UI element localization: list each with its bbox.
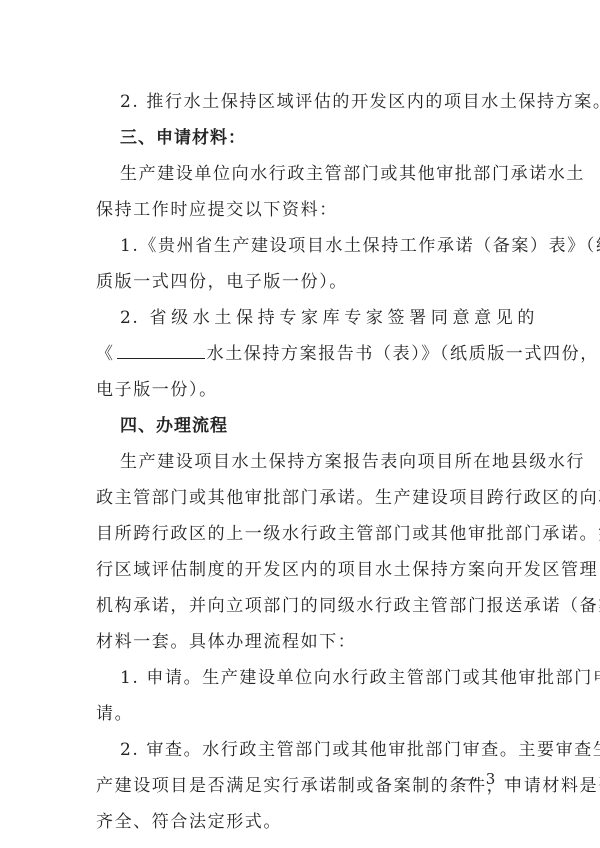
paragraph-line: 电子版一份）。 bbox=[96, 380, 536, 400]
process-step-1: 1. 申请。生产建设单位向水行政主管部门或其他审批部门申 bbox=[120, 668, 536, 688]
report-title-text: 水土保持方案报告书（表）》（纸质版一式四份， bbox=[207, 344, 599, 364]
paragraph-line: 材料一套。具体办理流程如下： bbox=[96, 632, 536, 652]
page-number: — 3 — bbox=[462, 770, 521, 788]
paragraph-line: 政主管部门或其他审批部门承诺。生产建设项目跨行政区的向项 bbox=[96, 488, 536, 508]
document-page: 2. 推行水土保持区域评估的开发区内的项目水土保持方案。 三、申请材料： 生产建… bbox=[0, 0, 600, 848]
process-step-2: 2. 审查。水行政主管部门或其他审批部门审查。主要审查生 bbox=[120, 740, 536, 760]
list-item-2-expert: 2. 省级水土保持专家库专家签署同意意见的 bbox=[120, 308, 536, 328]
paragraph-line: 目所跨行政区的上一级水行政主管部门或其他审批部门承诺。实 bbox=[96, 524, 536, 544]
paragraph-line: 生产建设单位向水行政主管部门或其他审批部门承诺水土 bbox=[120, 164, 536, 184]
paragraph-line: 质版一式四份，电子版一份）。 bbox=[96, 272, 536, 292]
paragraph-line: 行区域评估制度的开发区内的项目水土保持方案向开发区管理 bbox=[96, 560, 536, 580]
open-bracket: 《 bbox=[96, 344, 115, 364]
paragraph-line: 保持工作时应提交以下资料： bbox=[96, 200, 536, 220]
paragraph-line: 机构承诺，并向立项部门的同级水行政主管部门报送承诺（备案） bbox=[96, 596, 536, 616]
section-heading-process: 四、办理流程 bbox=[120, 416, 536, 436]
fill-in-blank bbox=[117, 344, 205, 359]
list-item-1-form: 1.《贵州省生产建设项目水土保持工作承诺（备案）表》（纸 bbox=[120, 236, 536, 256]
paragraph-line: 请。 bbox=[96, 704, 536, 724]
paragraph-line: 齐全、符合法定形式。 bbox=[96, 812, 536, 832]
section-heading-materials: 三、申请材料： bbox=[120, 128, 536, 148]
paragraph-line: 生产建设项目水土保持方案报告表向项目所在地县级水行 bbox=[120, 452, 536, 472]
list-item-2-regional: 2. 推行水土保持区域评估的开发区内的项目水土保持方案。 bbox=[120, 92, 536, 112]
paragraph-line-with-blank: 《水土保持方案报告书（表）》（纸质版一式四份， bbox=[96, 344, 536, 364]
